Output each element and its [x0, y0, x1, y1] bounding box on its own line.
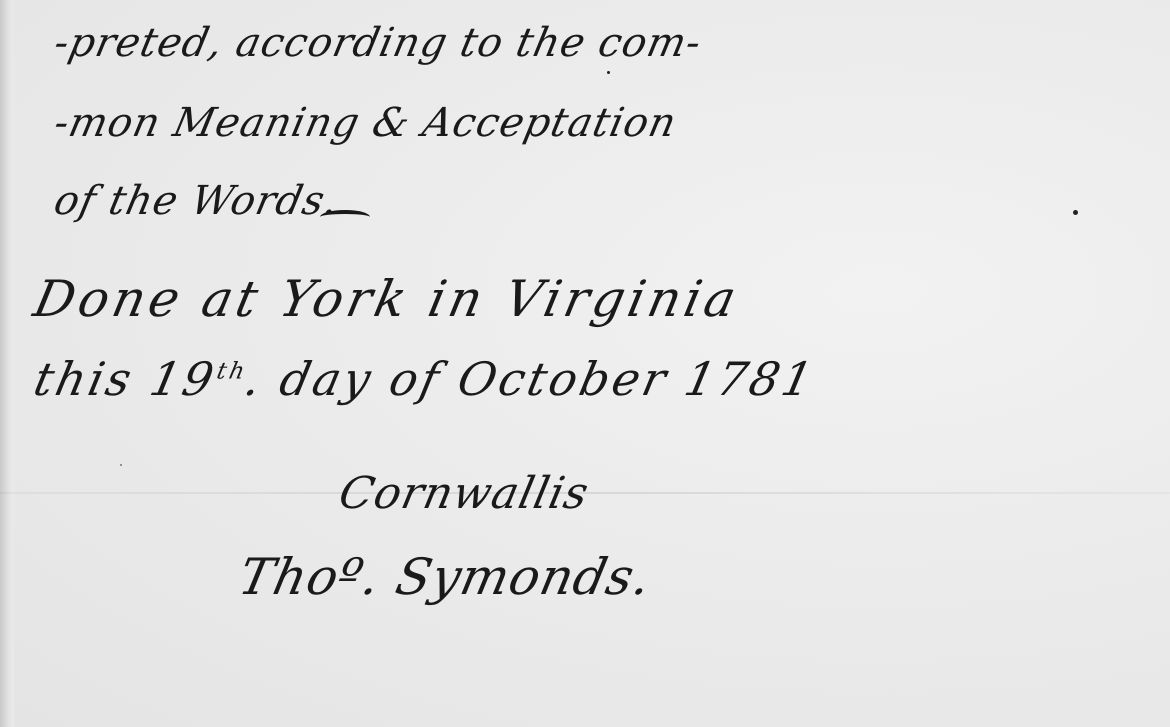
date-line: this 19th. day of October 1781 [29, 352, 820, 406]
ink-speck [120, 464, 122, 466]
text-line-2: -mon Meaning & Acceptation [50, 100, 681, 146]
ink-speck [1073, 210, 1078, 215]
text-line-1: -preted, according to the com- [50, 20, 706, 66]
manuscript-page: -preted, according to the com- -mon Mean… [0, 0, 1170, 727]
date-suffix: . day of October 1781 [240, 352, 821, 406]
text-line-3: of the Words. [50, 178, 343, 224]
date-prefix: this 19 [29, 352, 221, 406]
place-line: Done at York in Virginia [29, 270, 745, 328]
signature-cornwallis: Cornwallis [335, 468, 594, 519]
line-end-flourish [320, 210, 370, 224]
ink-speck [607, 71, 610, 74]
page-left-edge [0, 0, 14, 727]
signature-symonds: Thoº. Symonds. [234, 548, 657, 606]
